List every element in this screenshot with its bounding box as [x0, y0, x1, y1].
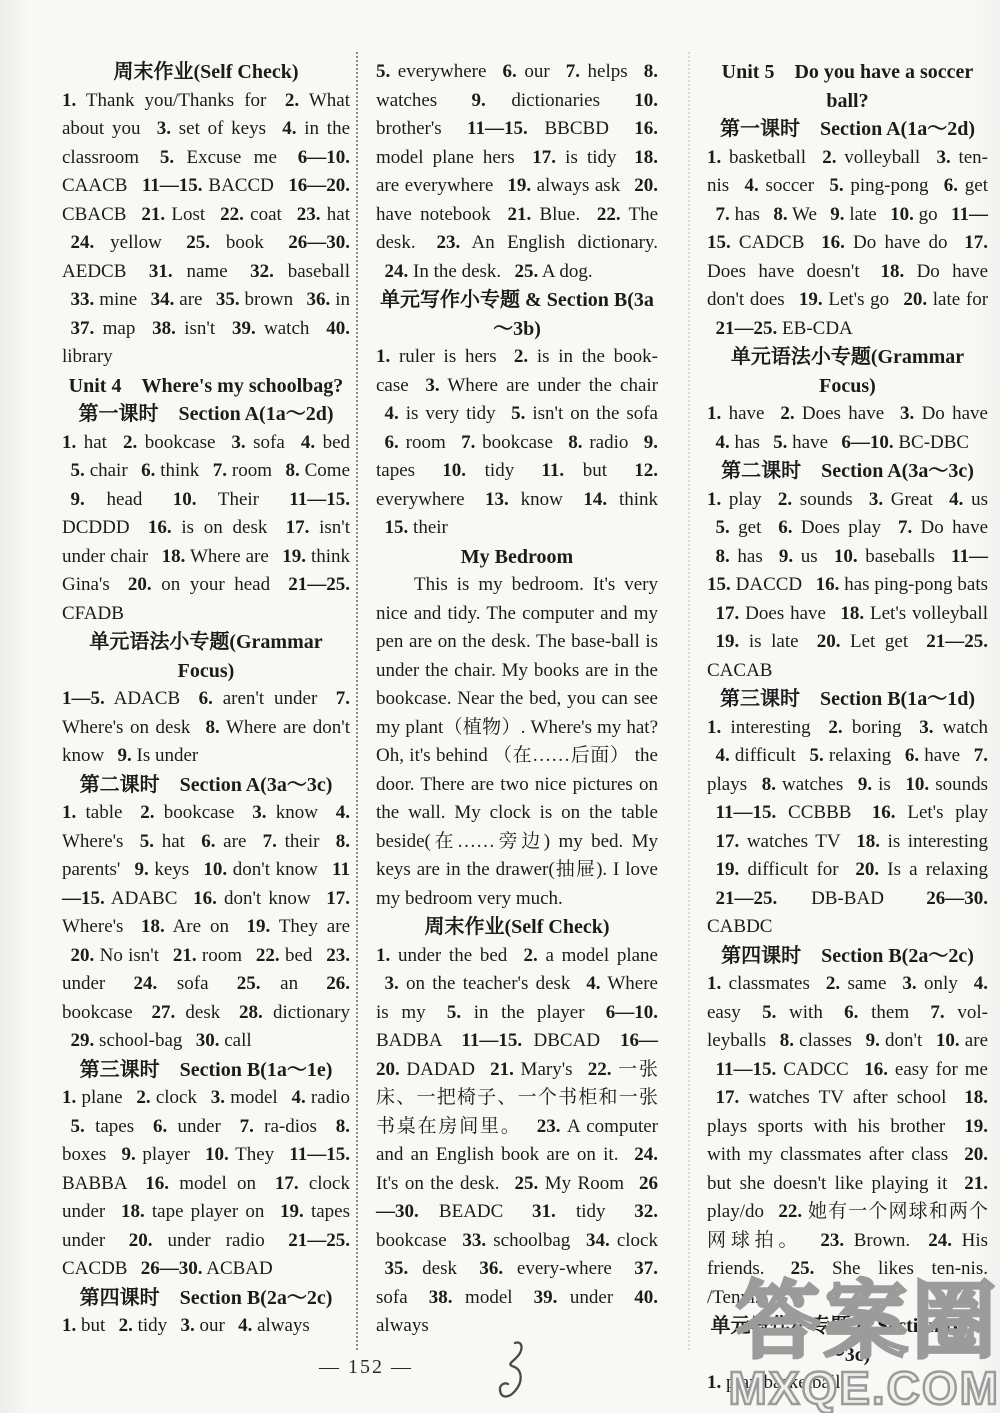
handwritten-mark-icon — [492, 1338, 528, 1408]
answers-paragraph: 1. but 2. tidy 3. our 4. always — [62, 1312, 350, 1341]
answers-paragraph: 1. play 2. sounds 3. Great 4. us 5. get … — [707, 486, 988, 686]
lesson-heading: 第四课时 Section B(2a～2c) — [62, 1284, 350, 1313]
scanned-answer-page: 周末作业(Self Check) 1. Thank you/Thanks for… — [0, 0, 1000, 1413]
weekend-homework-heading: 周末作业(Self Check) — [376, 913, 658, 942]
answers-paragraph: 1. have 2. Does have 3. Do have 4. has 5… — [707, 400, 988, 457]
answers-paragraph: 1. plane 2. clock 3. model 4. radio 5. t… — [62, 1084, 350, 1284]
lesson-heading: 第二课时 Section A(3a～3c) — [707, 457, 988, 486]
answers-paragraph: 1. basketball 2. volleyball 3. ten-nis 4… — [707, 144, 988, 344]
answers-paragraph: 1. hat 2. bookcase 3. sofa 4. bed 5. cha… — [62, 429, 350, 629]
column-2: 5. everywhere 6. our 7. helps 8. watches… — [376, 58, 658, 1341]
lesson-heading: 第二课时 Section A(3a～3c) — [62, 771, 350, 800]
answers-paragraph: 1. table 2. bookcase 3. know 4. Where's … — [62, 799, 350, 1056]
answers-paragraph: 5. everywhere 6. our 7. helps 8. watches… — [376, 58, 658, 286]
writing-heading: 单元写作小专题 & Section B(3a～3b) — [376, 286, 658, 343]
lesson-heading: 第三课时 Section B(1a～1d) — [707, 685, 988, 714]
lesson-heading: 第一课时 Section A(1a～2d) — [62, 400, 350, 429]
watermark-logo: 答案圈 — [728, 1279, 1000, 1363]
essay-paragraph: This is my bedroom. It's very nice and t… — [376, 571, 658, 913]
grammar-heading: 单元语法小专题(Grammar Focus) — [62, 628, 350, 685]
answers-paragraph: 1. ruler is hers 2. is in the book-case … — [376, 343, 658, 543]
watermark-site: MXQE.COM — [728, 1365, 1000, 1411]
column-1: 周末作业(Self Check) 1. Thank you/Thanks for… — [62, 58, 350, 1341]
unit-heading: Unit 5 Do you have a soccer ball? — [707, 58, 988, 115]
column-divider — [356, 52, 358, 1350]
lesson-heading: 第四课时 Section B(2a～2c) — [707, 942, 988, 971]
answers-paragraph: 1. interesting 2. boring 3. watch 4. dif… — [707, 714, 988, 942]
column-divider — [688, 52, 690, 1350]
lesson-heading: 第三课时 Section B(1a～1e) — [62, 1056, 350, 1085]
answers-paragraph: 1. classmates 2. same 3. only 4. easy 5.… — [707, 970, 988, 1312]
essay-title: My Bedroom — [376, 543, 658, 572]
answers-paragraph: 1—5. ADACB 6. aren't under 7. Where's on… — [62, 685, 350, 771]
grammar-heading: 单元语法小专题(Grammar Focus) — [707, 343, 988, 400]
column-3: Unit 5 Do you have a soccer ball? 第一课时 S… — [707, 58, 988, 1398]
answers-paragraph: 1. Thank you/Thanks for 2. What about yo… — [62, 87, 350, 372]
weekend-homework-heading: 周末作业(Self Check) — [62, 58, 350, 87]
lesson-heading: 第一课时 Section A(1a～2d) — [707, 115, 988, 144]
unit-heading: Unit 4 Where's my schoolbag? — [62, 372, 350, 401]
answers-paragraph: 1. under the bed 2. a model plane 3. on … — [376, 942, 658, 1341]
page-number: — 152 — — [296, 1356, 436, 1379]
watermark: 答案圈 MXQE.COM — [728, 1279, 1000, 1411]
